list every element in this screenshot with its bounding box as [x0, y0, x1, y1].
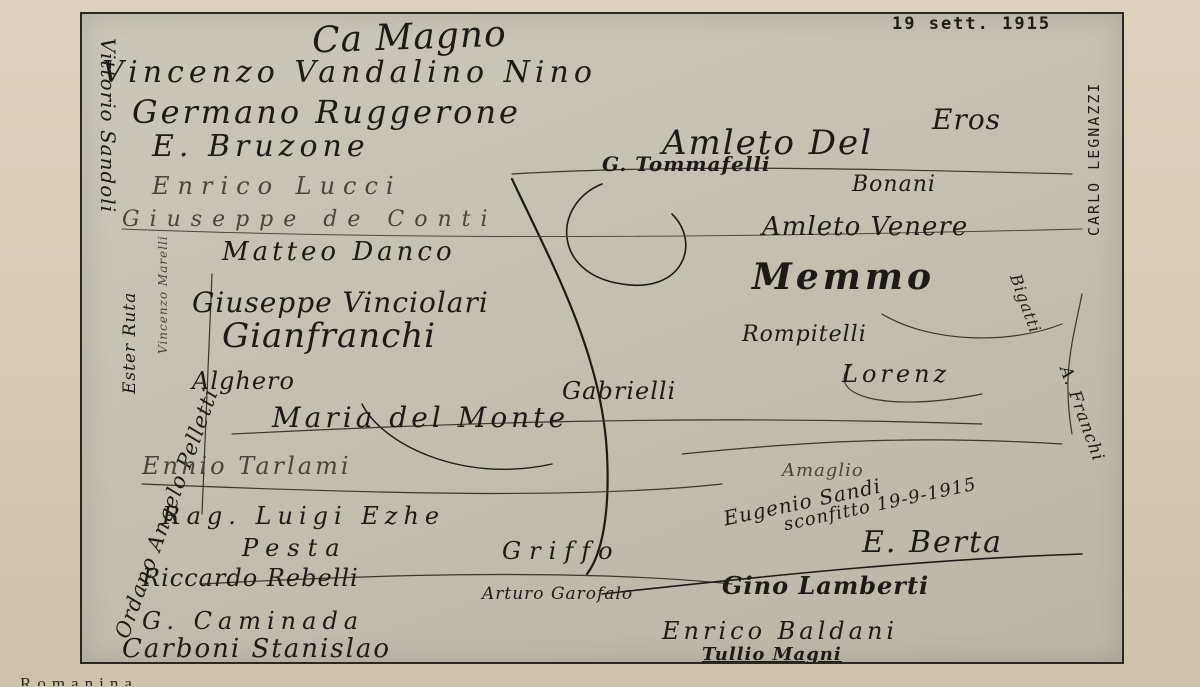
signature: Riccardo Rebelli: [142, 566, 359, 590]
signature: Griffo: [502, 539, 621, 563]
vertical-signature-franchi: A. Franchi: [1072, 364, 1172, 381]
vertical-signature-right: CARLO LEGNAZZI: [1087, 236, 1200, 251]
signature: Enrico Lucci: [152, 174, 402, 198]
signature: Germano Ruggerone: [132, 96, 521, 128]
signature: Ca Magno: [311, 17, 507, 60]
signature: Giuseppe de Conti: [122, 209, 498, 231]
signature: Arturo Garofalo: [482, 586, 633, 603]
signature: Enrico Baldani: [662, 619, 898, 643]
signature: Eros: [932, 106, 1001, 134]
signature: Maria del Monte: [272, 404, 569, 432]
signature: Alghero: [192, 369, 295, 393]
signature: E. Bruzone: [152, 132, 370, 162]
signature: Ennio Tarlami: [142, 454, 352, 478]
signature: Memmo: [752, 259, 935, 295]
signature: Lorenz: [842, 362, 950, 386]
signature: Gabrielli: [562, 379, 676, 403]
signature: Rag. Luigi Ezhe: [162, 504, 445, 528]
signature: Pesta: [242, 536, 348, 560]
signature: E. Berta: [862, 528, 1003, 558]
date-header: 19 sett. 1915: [892, 16, 1051, 33]
signature: Amleto Venere: [762, 214, 968, 240]
signature: G. Caminada: [142, 609, 364, 633]
signature: Gianfranchi: [222, 319, 436, 353]
signature: Amaglio: [782, 462, 864, 480]
caption-text-partial: Romanina ...... ....... ........ .......…: [20, 674, 476, 687]
vertical-signature-ester-ruta: Ester Ruta: [122, 394, 224, 411]
signature: G. Tommafelli: [602, 154, 771, 174]
signature: Vincenzo Vandalino Nino: [102, 58, 597, 88]
signature: Rompitelli: [742, 324, 867, 346]
signature: Tullio Magni: [702, 646, 842, 664]
signature: Gino Lamberti: [722, 574, 929, 598]
carlo-legnazzi-text: CARLO LEGNAZZI: [1087, 82, 1102, 236]
signature: Matteo Danco: [222, 239, 456, 265]
signature: Giuseppe Vinciolari: [192, 289, 489, 317]
vertical-signature-bigatti: Bigatti: [1022, 272, 1084, 288]
signature: Bonani: [852, 174, 936, 196]
signature-plate: 19 sett. 1915 CARLO LEGNAZZI Vittorio Sa…: [80, 12, 1124, 664]
signature: Carboni Stanislao: [122, 636, 391, 662]
